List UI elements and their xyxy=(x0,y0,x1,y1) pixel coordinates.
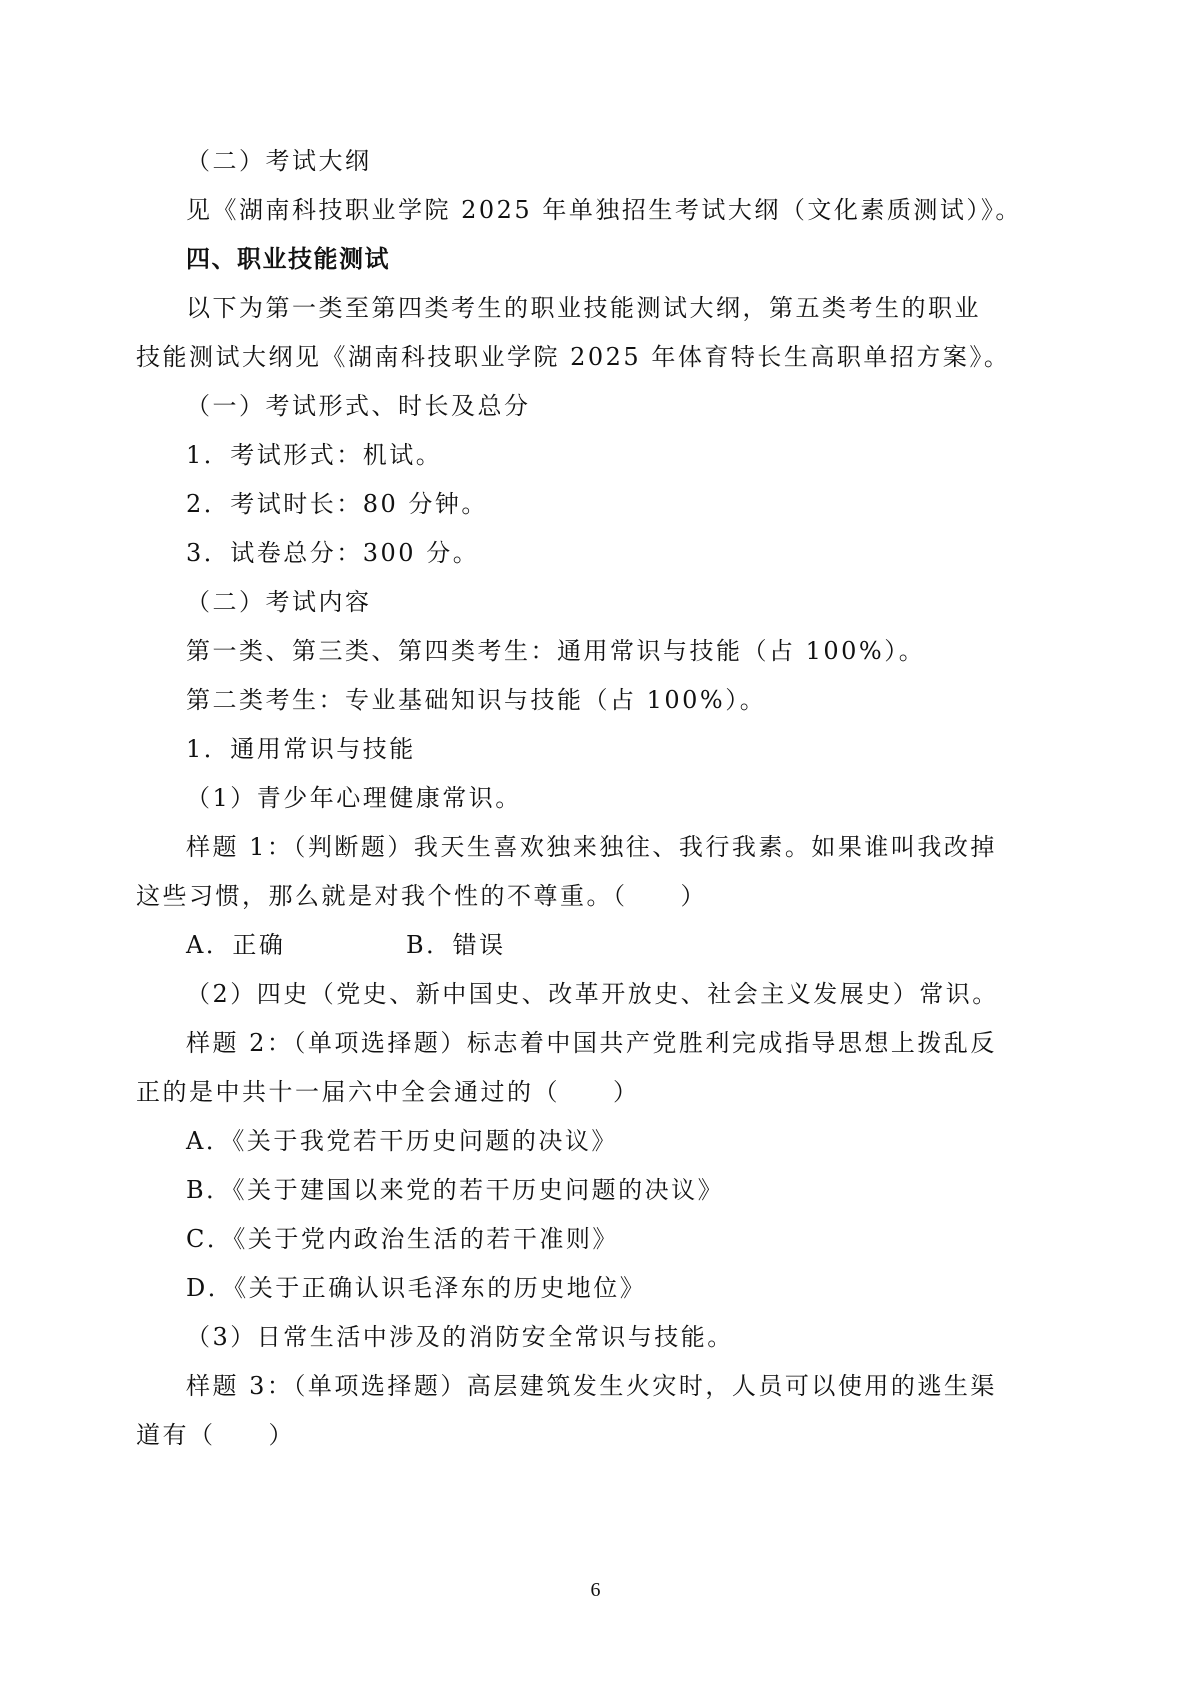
sample-question-1-line-2: 这些习惯，那么就是对我个性的不尊重。（ ） xyxy=(136,881,707,911)
topic-four-histories: （2）四史（党史、新中国史、改革开放史、社会主义发展史）常识。 xyxy=(186,979,999,1009)
sample-question-2-line-2: 正的是中共十一届六中全会通过的（ ） xyxy=(136,1077,640,1107)
subsection-heading-exam-content: （二）考试内容 xyxy=(186,587,372,617)
topic-fire-safety: （3）日常生活中涉及的消防安全常识与技能。 xyxy=(186,1322,734,1352)
page-number: 6 xyxy=(0,1579,1191,1602)
sample-question-3-line-1: 样题 3：（单项选择题）高层建筑发生火灾时，人员可以使用的逃生渠 xyxy=(186,1371,997,1401)
paragraph-intro-line-1: 以下为第一类至第四类考生的职业技能测试大纲，第五类考生的职业 xyxy=(186,293,981,323)
sample-question-2-line-1: 样题 2：（单项选择题）标志着中国共产党胜利完成指导思想上拨乱反 xyxy=(186,1028,997,1058)
sample-question-2-option-b: B．《关于建国以来党的若干历史问题的决议》 xyxy=(186,1175,724,1205)
section-heading-vocational-skills-test: 四、职业技能测试 xyxy=(186,244,390,274)
sample-question-2-option-c: C．《关于党内政治生活的若干准则》 xyxy=(186,1224,619,1254)
topic-youth-mental-health: （1）青少年心理健康常识。 xyxy=(186,783,522,813)
sample-question-3-line-2: 道有（ ） xyxy=(136,1420,295,1450)
paragraph-intro-line-2: 技能测试大纲见《湖南科技职业学院 2025 年体育特长生高职单招方案》。 xyxy=(136,342,1010,372)
sample-question-1-option-b: B．错误 xyxy=(406,930,506,960)
sample-question-1-line-1: 样题 1：（判断题）我天生喜欢独来独往、我行我素。如果谁叫我改掉 xyxy=(186,832,997,862)
sample-question-1-option-a: A．正确 xyxy=(186,930,285,960)
list-item-total-score: 3．试卷总分：300 分。 xyxy=(186,538,479,568)
list-item-general-knowledge: 1．通用常识与技能 xyxy=(186,734,416,764)
list-item-exam-format: 1．考试形式：机试。 xyxy=(186,440,442,470)
document-page: （二）考试大纲 见《湖南科技职业学院 2025 年单独招生考试大纲（文化素质测试… xyxy=(0,0,1191,1684)
subsection-heading-exam-outline: （二）考试大纲 xyxy=(186,146,372,176)
paragraph-category-1-3-4: 第一类、第三类、第四类考生：通用常识与技能（占 100%）。 xyxy=(186,636,925,666)
sample-question-2-option-d: D．《关于正确认识毛泽东的历史地位》 xyxy=(186,1273,646,1303)
list-item-exam-duration: 2．考试时长：80 分钟。 xyxy=(186,489,488,519)
paragraph-outline-reference: 见《湖南科技职业学院 2025 年单独招生考试大纲（文化素质测试）》。 xyxy=(186,195,1022,225)
sample-question-2-option-a: A．《关于我党若干历史问题的决议》 xyxy=(186,1126,618,1156)
paragraph-category-2: 第二类考生：专业基础知识与技能（占 100%）。 xyxy=(186,685,766,715)
subsection-heading-format-duration-score: （一）考试形式、时长及总分 xyxy=(186,391,531,421)
